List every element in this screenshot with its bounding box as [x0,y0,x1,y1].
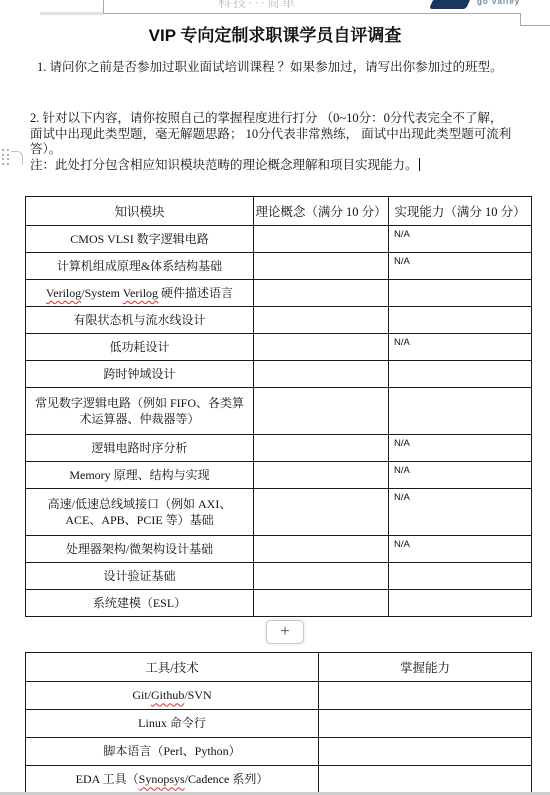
title-main: 专向定制求职课学员自评调查 [176,26,401,45]
theory-score-cell[interactable] [254,563,389,590]
impl-score-cell[interactable] [389,388,532,435]
mastery-cell[interactable] [319,766,532,794]
mastery-cell[interactable] [319,710,532,738]
question-2[interactable]: 2. 针对以下内容，请你按照自己的掌握程度进行打分 （0~10分：0分代表完全不… [30,111,532,173]
header-border-bottom [103,13,520,14]
page-title: VIP 专向定制求职课学员自评调查 [0,21,550,46]
table-row: 计算机组成原理&体系结构基础N/A [26,253,532,280]
theory-score-cell[interactable] [254,334,389,361]
theory-score-cell[interactable] [254,489,389,536]
table-row: 高速/低速总线域接口（例如 AXI、ACE、APB、PCIE 等）基础N/A [26,489,532,536]
table-row: CMOS VLSI 数字逻辑电路N/A [26,226,532,253]
text-cursor [419,158,421,171]
theory-score-cell[interactable] [254,462,389,489]
na-value: N/A [389,253,410,267]
mastery-cell[interactable] [319,738,532,766]
module-label-cell: 处理器架构/微架构设计基础 [26,536,254,563]
table-row: Verilog/System Verilog 硬件描述语言 [26,280,532,307]
na-value: N/A [389,334,410,348]
module-label-cell: 有限状态机与流水线设计 [26,307,254,334]
na-value: N/A [389,462,410,476]
table-row: Linux 命令行 [26,710,532,738]
impl-score-cell[interactable] [389,361,532,388]
impl-score-cell: N/A [389,253,532,280]
table-row: 逻辑电路时序分析N/A [26,435,532,462]
impl-score-cell: N/A [389,334,532,361]
module-label-cell: 设计验证基础 [26,563,254,590]
impl-score-cell: N/A [389,536,532,563]
theory-score-cell[interactable] [254,536,389,563]
question-2-line-3: 答）。 [30,142,532,158]
impl-score-cell: N/A [389,462,532,489]
na-value: N/A [389,435,410,449]
impl-score-cell: N/A [389,226,532,253]
impl-score-cell: N/A [389,489,532,536]
tool-label-cell: Linux 命令行 [26,710,319,738]
question-2-line-1: 2. 针对以下内容，请你按照自己的掌握程度进行打分 （0~10分：0分代表完全不… [30,111,532,127]
knowledge-table-header-row: 知识模块 理论概念（满分 10 分） 实现能力（满分 10 分） [26,197,532,226]
tool-label-cell: EDA 工具（Synopsys/Cadence 系列） [26,766,319,794]
impl-score-cell: N/A [389,435,532,462]
table-row: 有限状态机与流水线设计 [26,307,532,334]
impl-score-cell[interactable] [389,307,532,334]
tools-table-header-row: 工具/技术 掌握能力 [26,653,532,682]
add-block-button[interactable]: + [266,620,304,644]
company-logo-text: go valley [477,0,537,10]
module-label-cell: 常见数字逻辑电路（例如 FIFO、各类算术运算器、仲裁器等） [26,388,254,435]
theory-score-cell[interactable] [254,435,389,462]
impl-score-cell[interactable] [389,590,532,617]
mastery-cell[interactable] [319,682,532,710]
module-label-cell: Memory 原理、结构与实现 [26,462,254,489]
theory-score-cell[interactable] [254,388,389,435]
column-header-mastery: 掌握能力 [319,653,532,682]
page-edge-line [40,12,103,15]
table-row: 设计验证基础 [26,563,532,590]
table-row: 脚本语言（Perl、Python） [26,738,532,766]
knowledge-table: 知识模块 理论概念（满分 10 分） 实现能力（满分 10 分） CMOS VL… [25,196,532,617]
question-1[interactable]: 1. 请问你之前是否参加过职业面试培训课程 ？如果参加过，请写出你参加过的班型。 [30,60,532,76]
table-row: 系统建模（ESL） [26,590,532,617]
module-label-cell: 逻辑电路时序分析 [26,435,254,462]
theory-score-cell[interactable] [254,226,389,253]
theory-score-cell[interactable] [254,253,389,280]
tool-label-cell: 脚本语言（Perl、Python） [26,738,319,766]
module-label-cell: 低功耗设计 [26,334,254,361]
column-header-impl: 实现能力（满分 10 分） [389,197,532,226]
company-logo-icon [429,0,470,9]
grip-dots-icon [2,149,9,165]
theory-score-cell[interactable] [254,307,389,334]
theory-score-cell[interactable] [254,590,389,617]
module-label-cell: 高速/低速总线域接口（例如 AXI、ACE、APB、PCIE 等）基础 [26,489,254,536]
theory-score-cell[interactable] [254,361,389,388]
module-label-cell: 跨时钟域设计 [26,361,254,388]
impl-score-cell[interactable] [389,280,532,307]
na-value: N/A [389,226,410,240]
module-label-cell: 系统建模（ESL） [26,590,254,617]
tools-table: 工具/技术 掌握能力 Git/Github/SVNLinux 命令行脚本语言（P… [25,652,532,794]
question-2-line-2: 面试中出现此类型题，毫无解题思路； 10分代表非常熟练， 面试中出现此类型题可流… [30,127,532,143]
column-header-tool: 工具/技术 [26,653,319,682]
table-row: Memory 原理、结构与实现N/A [26,462,532,489]
table-row: 处理器架构/微架构设计基础N/A [26,536,532,563]
module-label-cell: CMOS VLSI 数字逻辑电路 [26,226,254,253]
impl-score-cell[interactable] [389,563,532,590]
block-corner-bracket-icon [11,151,23,165]
module-label-cell: 计算机组成原理&体系结构基础 [26,253,254,280]
tool-label-cell: Git/Github/SVN [26,682,319,710]
question-2-line-4: 注：此处打分包含相应知识模块范畴的理论概念理解和项目实现能力。 [30,158,532,174]
table-row: 常见数字逻辑电路（例如 FIFO、各类算术运算器、仲裁器等） [26,388,532,435]
block-drag-handle[interactable] [2,147,24,174]
title-prefix: VIP [149,26,176,45]
watermark-text: 科技···简单 [218,0,388,11]
column-header-module: 知识模块 [26,197,254,226]
na-value: N/A [389,536,410,550]
table-row: 低功耗设计N/A [26,334,532,361]
header-border-left [103,0,104,13]
module-label-cell: Verilog/System Verilog 硬件描述语言 [26,280,254,307]
na-value: N/A [389,489,410,503]
document-page: 科技···简单 go valley VIP 专向定制求职课学员自评调查 1. 请… [0,0,550,795]
table-row: EDA 工具（Synopsys/Cadence 系列） [26,766,532,794]
theory-score-cell[interactable] [254,280,389,307]
column-header-theory: 理论概念（满分 10 分） [254,197,389,226]
table-row: Git/Github/SVN [26,682,532,710]
table-row: 跨时钟域设计 [26,361,532,388]
letterhead-watermark: 科技···简单 [218,0,388,11]
